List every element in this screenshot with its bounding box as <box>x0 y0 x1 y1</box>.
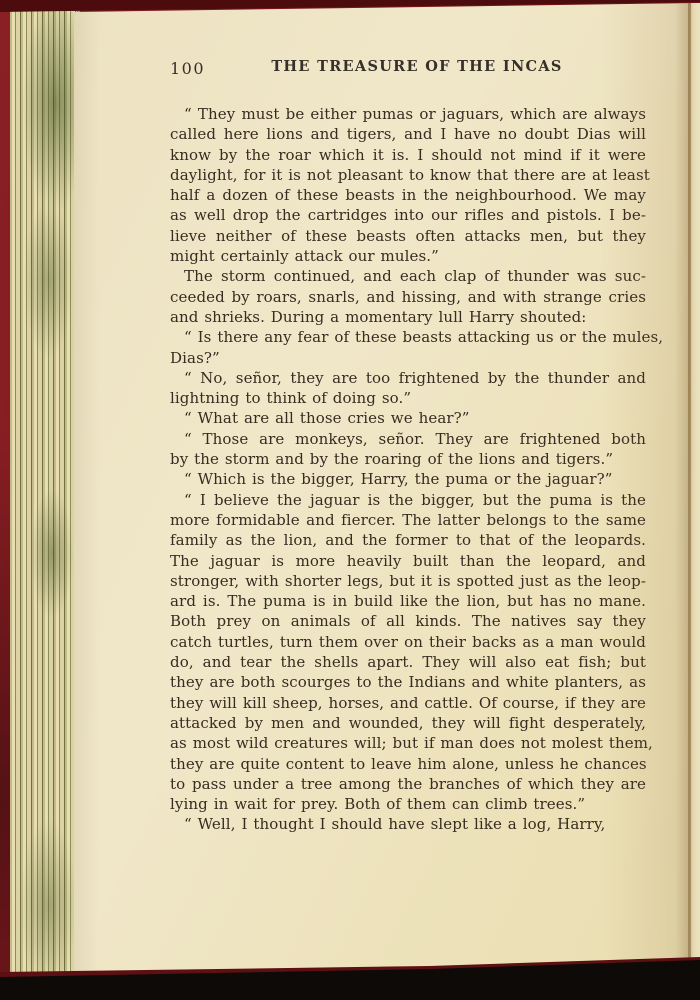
text-line: stronger, with shorter legs, but it is s… <box>170 571 646 591</box>
text-line: lying in wait for prey. Both of them can… <box>170 794 646 814</box>
text-line: “ Is there any fear of these beasts atta… <box>170 327 646 347</box>
text-line: they are both scourges to the Indians an… <box>170 672 646 692</box>
text-line: catch turtles, turn them over on their b… <box>170 632 646 652</box>
text-line: might certainly attack our mules.” <box>170 246 646 266</box>
text-line: attacked by men and wounded, they will f… <box>170 713 646 733</box>
text-line: do, and tear the shells apart. They will… <box>170 652 646 672</box>
page-header: 100 THE TREASURE OF THE INCAS <box>170 58 646 78</box>
paragraph: “ No, señor, they are too frightened by … <box>170 368 646 409</box>
paragraph: “ I believe the jaguar is the bigger, bu… <box>170 490 646 815</box>
text-line: ard is. The puma is in build like the li… <box>170 591 646 611</box>
text-line: “ I believe the jaguar is the bigger, bu… <box>170 490 646 510</box>
text-line: more formidable and fiercer. The latter … <box>170 510 646 530</box>
text-line: “ Which is the bigger, Harry, the puma o… <box>170 469 646 489</box>
paragraph: The storm continued, and each clap of th… <box>170 266 646 327</box>
text-line: they will kill sheep, horses, and cattle… <box>170 693 646 713</box>
text-line: lieve neither of these beasts often atta… <box>170 226 646 246</box>
text-line: “ No, señor, they are too frightened by … <box>170 368 646 388</box>
text-line: as most wild creatures will; but if man … <box>170 733 646 753</box>
text-line: called here lions and tigers, and I have… <box>170 124 646 144</box>
page-number: 100 <box>170 59 205 78</box>
paragraph: “ Is there any fear of these beasts atta… <box>170 327 646 368</box>
book-page: 100 THE TREASURE OF THE INCAS “ They mus… <box>74 0 700 1000</box>
text-line: ceeded by roars, snarls, and hissing, an… <box>170 287 646 307</box>
paragraph: “ Which is the bigger, Harry, the puma o… <box>170 469 646 489</box>
page-right-margin-edge <box>691 0 700 1000</box>
paragraph: “ What are all those cries we hear?” <box>170 408 646 428</box>
page-text: “ They must be either pumas or jaguars, … <box>170 104 646 835</box>
text-line: family as the lion, and the former to th… <box>170 530 646 550</box>
text-line: as well drop the cartridges into our rif… <box>170 205 646 225</box>
text-line: The storm continued, and each clap of th… <box>170 266 646 286</box>
text-line: half a dozen of these beasts in the neig… <box>170 185 646 205</box>
text-line: daylight, for it is not pleasant to know… <box>170 165 646 185</box>
text-line: “ They must be either pumas or jaguars, … <box>170 104 646 124</box>
text-line: to pass under a tree among the branches … <box>170 774 646 794</box>
text-line: “ Well, I thought I should have slept li… <box>170 814 646 834</box>
text-line: lightning to think of doing so.” <box>170 388 646 408</box>
text-line: they are quite content to leave him alon… <box>170 754 646 774</box>
text-line: by the storm and by the roaring of the l… <box>170 449 646 469</box>
page-edge-stack <box>10 6 80 984</box>
paragraph: “ They must be either pumas or jaguars, … <box>170 104 646 266</box>
text-line: and shrieks. During a momentary lull Har… <box>170 307 646 327</box>
text-line: “ Those are monkeys, señor. They are fri… <box>170 429 646 449</box>
text-line: The jaguar is more heavily built than th… <box>170 551 646 571</box>
text-line: Both prey on animals of all kinds. The n… <box>170 611 646 631</box>
paragraph: “ Well, I thought I should have slept li… <box>170 814 646 834</box>
text-line: “ What are all those cries we hear?” <box>170 408 646 428</box>
text-line: Dias?” <box>170 348 646 368</box>
running-title: THE TREASURE OF THE INCAS <box>170 58 646 75</box>
text-line: know by the roar which it is. I should n… <box>170 145 646 165</box>
paragraph: “ Those are monkeys, señor. They are fri… <box>170 429 646 470</box>
